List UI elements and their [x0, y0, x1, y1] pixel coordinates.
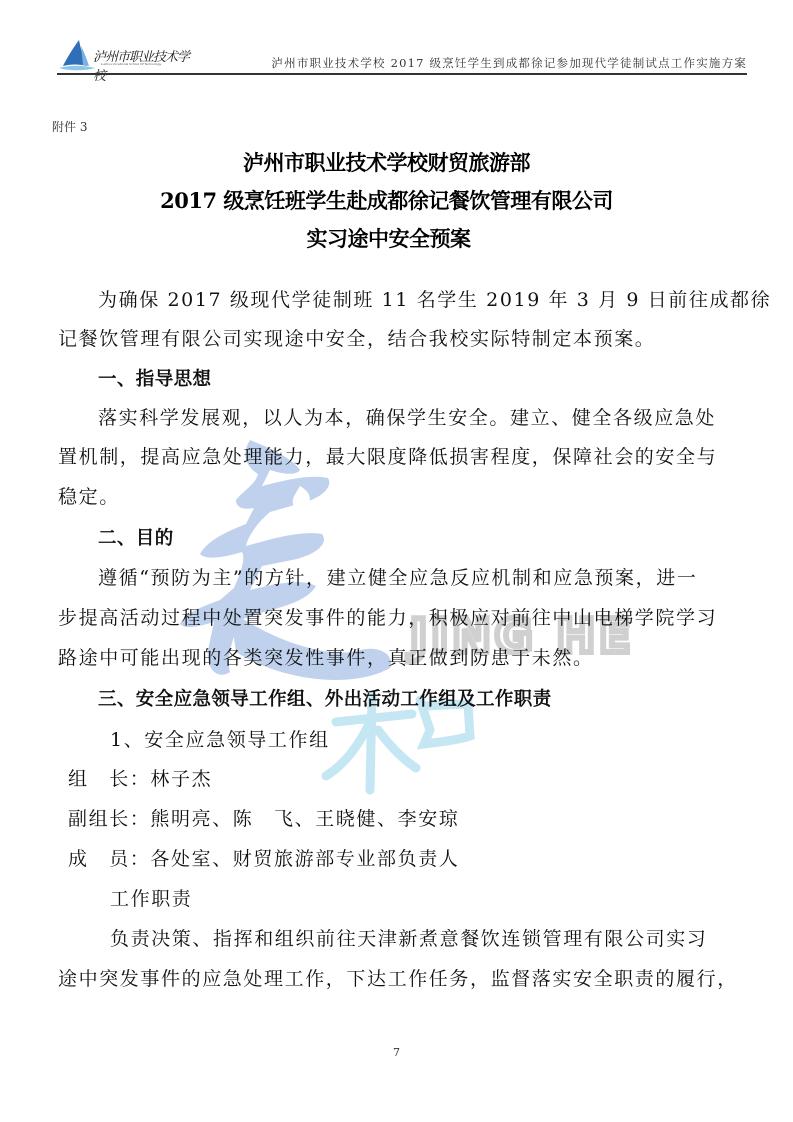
- section-1-line-1: 落实科学发展观，以人为本，确保学生安全。建立、健全各级应急处: [98, 409, 778, 428]
- page-header: 泸州市职业技术学校 Luzhou Vocational School Of Te…: [57, 38, 747, 76]
- section-1-line-3: 稳定。: [58, 488, 738, 507]
- role-leader-label: 组 长：: [68, 768, 150, 790]
- role-deputy-leader: 副组长：熊明亮、陈 飞、王晓健、李安琼: [68, 810, 748, 829]
- section-heading-purpose: 二、目的: [98, 529, 778, 548]
- duty-line-1: 负责决策、指挥和组织前往天津新煮意餐饮连锁管理有限公司实习: [110, 930, 790, 949]
- intro-line-1: 为确保 2017 级现代学徒制班 11 名学生 2019 年 3 月 9 日前往…: [98, 291, 778, 310]
- page-number: 7: [0, 1046, 793, 1059]
- logo-english-name: Luzhou Vocational School Of Technology: [101, 62, 161, 66]
- role-members-label: 成 员：: [68, 848, 150, 870]
- section-heading-work-groups: 三、安全应急领导工作组、外出活动工作组及工作职责: [98, 690, 778, 709]
- header-divider: [57, 73, 747, 75]
- role-deputy-label: 副组长：: [68, 808, 150, 830]
- role-members-value: 各处室、财贸旅游部专业部负责人: [150, 848, 459, 870]
- section-1-line-2: 置机制，提高应急处理能力，最大限度降低损害程度，保障社会的安全与: [58, 448, 738, 467]
- section-2-line-1: 遵循“预防为主”的方针，建立健全应急反应机制和应急预案，进一: [98, 569, 778, 588]
- watermark-brush-char-top: [180, 440, 391, 680]
- role-leader-value: 林子杰: [150, 768, 212, 790]
- role-leader: 组 长：林子杰: [68, 770, 748, 789]
- sail-logo-icon: [57, 38, 97, 72]
- document-title-line-2: 2017 级烹饪班学生赴成都徐记餐饮管理有限公司: [0, 185, 783, 215]
- school-logo: 泸州市职业技术学校 Luzhou Vocational School Of Te…: [57, 38, 197, 72]
- role-members: 成 员：各处室、财贸旅游部专业部负责人: [68, 850, 748, 869]
- document-title-line-3: 实习途中安全预案: [0, 223, 785, 253]
- role-deputy-value: 熊明亮、陈 飞、王晓健、李安琼: [150, 808, 459, 830]
- duty-heading: 工作职责: [110, 890, 790, 909]
- section-2-line-3: 路途中可能出现的各类突发性事件，真正做到防患于未然。: [58, 649, 738, 668]
- running-header-title: 泸州市职业技术学校 2017 级烹饪学生到成都徐记参加现代学徒制试点工作实施方案: [271, 55, 747, 71]
- subheading-safety-leadership-group: 1、安全应急领导工作组: [110, 731, 790, 750]
- section-2-line-2: 步提高活动过程中处置突发事件的能力，积极应对前往中山电梯学院学习: [58, 609, 738, 628]
- intro-line-2: 记餐饮管理有限公司实现途中安全，结合我校实际特制定本预案。: [58, 330, 738, 349]
- document-title-line-1: 泸州市职业技术学校财贸旅游部: [0, 147, 783, 177]
- attachment-label: 附件 3: [52, 118, 87, 135]
- section-heading-guiding-ideology: 一、指导思想: [98, 370, 778, 389]
- duty-line-2: 途中突发事件的应急处理工作，下达工作任务，监督落实安全职责的履行，: [58, 970, 738, 989]
